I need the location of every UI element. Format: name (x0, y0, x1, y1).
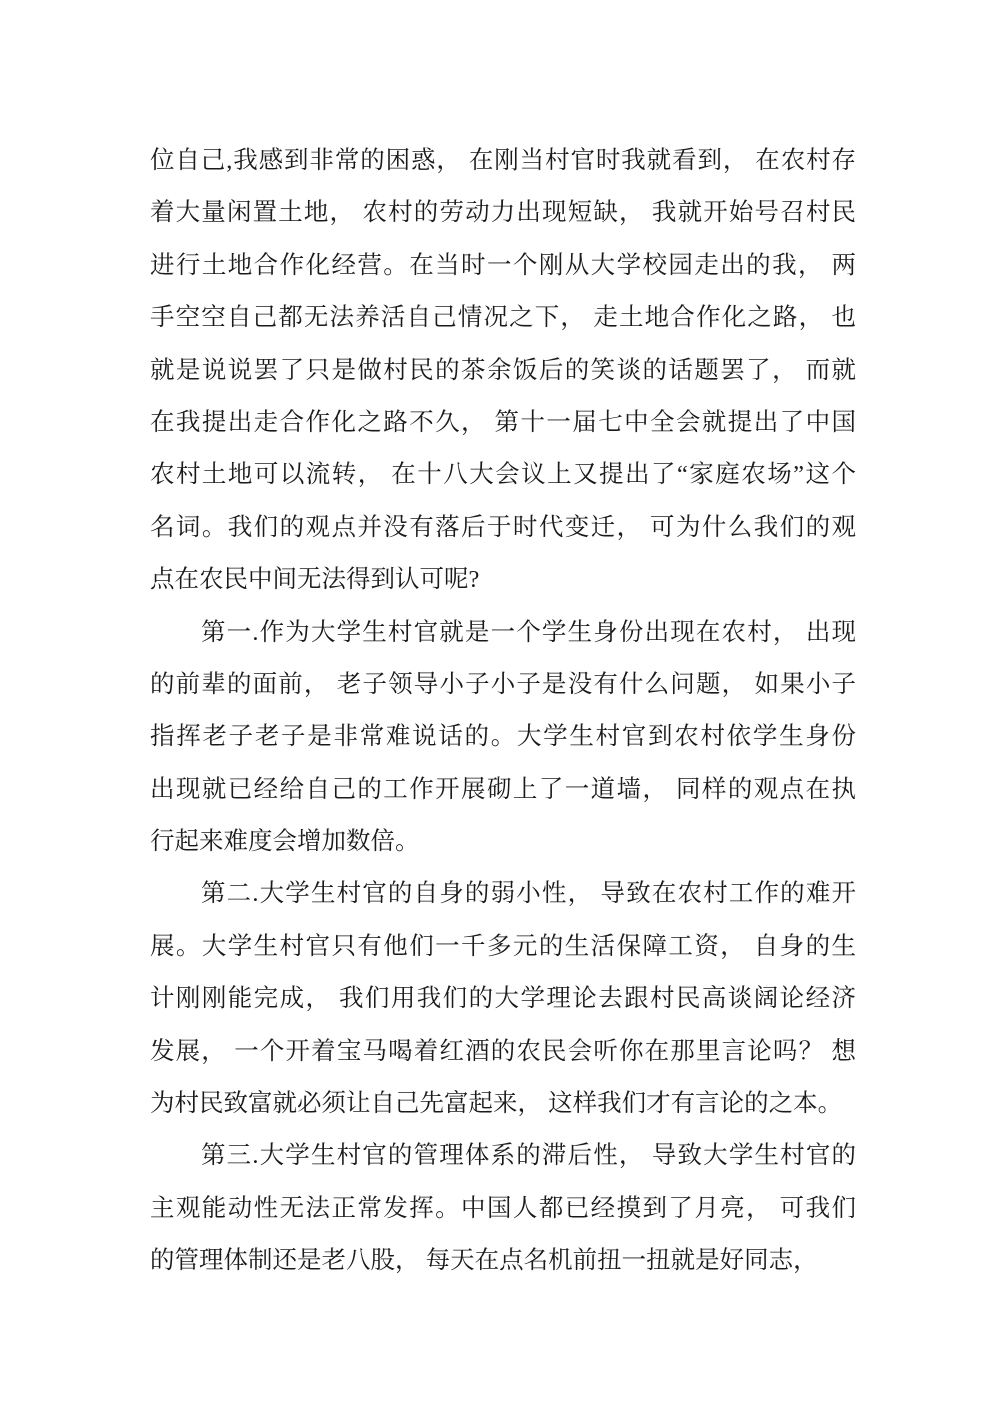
paragraph-2: 第一.作为大学生村官就是一个学生身份出现在农村， 出现 的前辈的面前， 老子领导… (150, 607, 856, 869)
text-line: 第二.大学生村官的自身的弱小性， 导致在农村工作的难开 (150, 868, 856, 920)
paragraph-1: 位自己,我感到非常的困惑， 在刚当村官时我就看到， 在农村存 着大量闲置土地， … (150, 135, 856, 607)
text-line: 名词。我们的观点并没有落后于时代变迁， 可为什么我们的观 (150, 502, 856, 554)
text-line: 主观能动性无法正常发挥。中国人都已经摸到了月亮， 可我们 (150, 1183, 856, 1235)
text-line: 行起来难度会增加数倍。 (150, 816, 856, 868)
text-line: 的管理体制还是老八股， 每天在点名机前扭一扭就是好同志， (150, 1235, 856, 1287)
text-line: 出现就已经给自己的工作开展砌上了一道墙， 同样的观点在执 (150, 764, 856, 816)
text-line: 着大量闲置土地， 农村的劳动力出现短缺， 我就开始号召村民 (150, 187, 856, 239)
text-line: 展。大学生村官只有他们一千多元的生活保障工资， 自身的生 (150, 921, 856, 973)
text-line: 农村土地可以流转， 在十八大会议上又提出了“家庭农场”这个 (150, 449, 856, 501)
text-line: 为村民致富就必须让自己先富起来， 这样我们才有言论的之本。 (150, 1078, 856, 1130)
document-text-block: 位自己,我感到非常的困惑， 在刚当村官时我就看到， 在农村存 着大量闲置土地， … (150, 135, 856, 1288)
text-line: 指挥老子老子是非常难说话的。大学生村官到农村依学生身份 (150, 711, 856, 763)
text-line: 在我提出走合作化之路不久， 第十一届七中全会就提出了中国 (150, 397, 856, 449)
text-line: 点在农民中间无法得到认可呢? (150, 554, 856, 606)
text-line: 就是说说罢了只是做村民的茶余饭后的笑谈的话题罢了， 而就 (150, 345, 856, 397)
text-line: 位自己,我感到非常的困惑， 在刚当村官时我就看到， 在农村存 (150, 135, 856, 187)
text-line: 第三.大学生村官的管理体系的滞后性， 导致大学生村官的 (150, 1130, 856, 1182)
paragraph-4: 第三.大学生村官的管理体系的滞后性， 导致大学生村官的 主观能动性无法正常发挥。… (150, 1130, 856, 1287)
paragraph-3: 第二.大学生村官的自身的弱小性， 导致在农村工作的难开 展。大学生村官只有他们一… (150, 868, 856, 1130)
text-line: 的前辈的面前， 老子领导小子小子是没有什么问题， 如果小子 (150, 659, 856, 711)
text-line: 第一.作为大学生村官就是一个学生身份出现在农村， 出现 (150, 607, 856, 659)
text-line: 计刚刚能完成， 我们用我们的大学理论去跟村民高谈阔论经济 (150, 973, 856, 1025)
document-page: 位自己,我感到非常的困惑， 在刚当村官时我就看到， 在农村存 着大量闲置土地， … (0, 0, 1000, 1415)
text-line: 发展， 一个开着宝马喝着红酒的农民会听你在那里言论吗？ 想 (150, 1026, 856, 1078)
text-line: 手空空自己都无法养活自己情况之下， 走土地合作化之路， 也 (150, 292, 856, 344)
text-line: 进行土地合作化经营。在当时一个刚从大学校园走出的我， 两 (150, 240, 856, 292)
